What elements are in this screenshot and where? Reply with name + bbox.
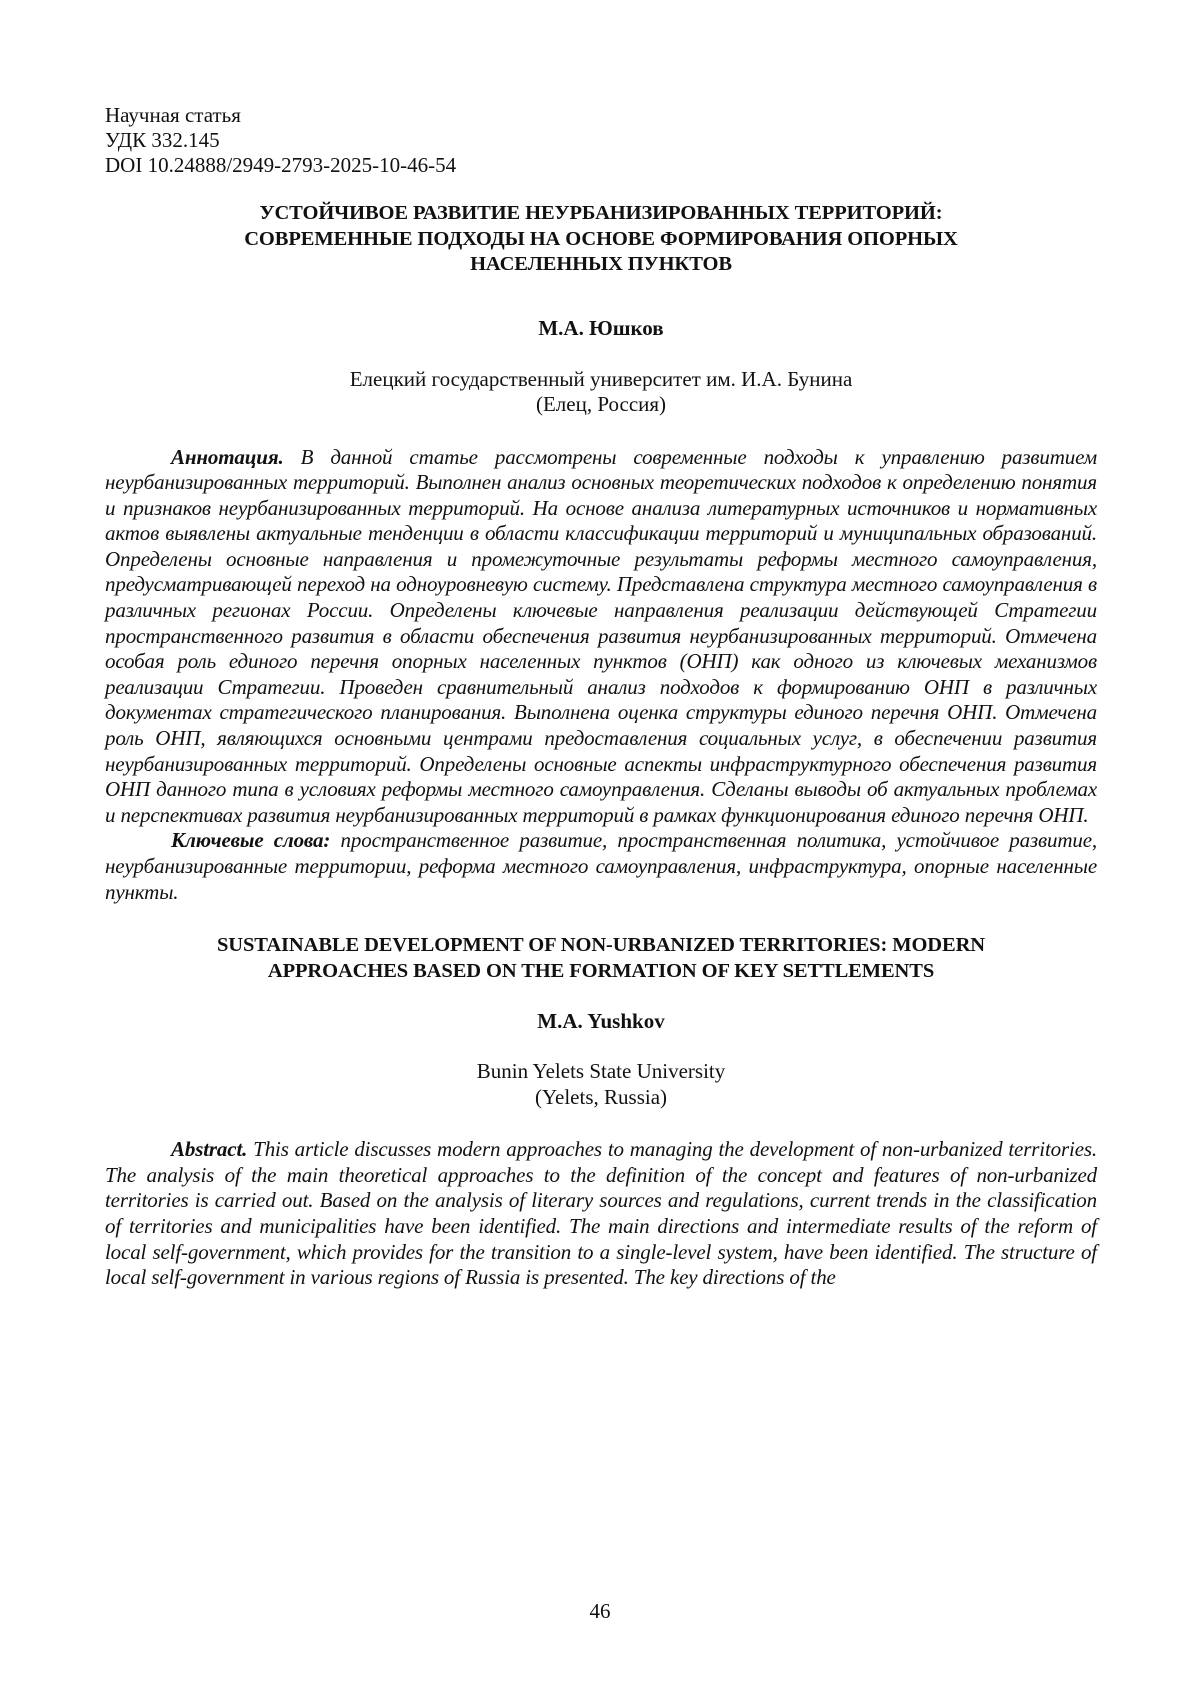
location-russian: (Елец, Россия) [105, 392, 1097, 418]
abstract-text-russian: В данной статье рассмотрены современные … [105, 445, 1097, 827]
doi: DOI 10.24888/2949-2793-2025-10-46-54 [105, 153, 1097, 178]
location-english: (Yelets, Russia) [105, 1085, 1097, 1111]
title-english: SUSTAINABLE DEVELOPMENT OF NON-URBANIZED… [105, 933, 1097, 984]
title-line: СОВРЕМЕННЫЕ ПОДХОДЫ НА ОСНОВЕ ФОРМИРОВАН… [105, 227, 1097, 253]
author-english: M.A. Yushkov [105, 1009, 1097, 1034]
article-page: Научная статья УДК 332.145 DOI 10.24888/… [105, 103, 1097, 1291]
title-russian: УСТОЙЧИВОЕ РАЗВИТИЕ НЕУРБАНИЗИРОВАННЫХ Т… [105, 201, 1097, 278]
affiliation-russian: Елецкий государственный университет им. … [105, 367, 1097, 393]
keywords-label-russian: Ключевые слова: [171, 828, 330, 852]
title-line: НАСЕЛЕННЫХ ПУНКТОВ [105, 252, 1097, 278]
abstract-english: Abstract. This article discusses modern … [105, 1137, 1097, 1291]
page-number: 46 [0, 1599, 1200, 1624]
affiliation-english: Bunin Yelets State University [105, 1059, 1097, 1085]
article-type: Научная статья [105, 103, 1097, 128]
abstract-text-english: This article discusses modern approaches… [105, 1137, 1097, 1289]
author-russian: М.А. Юшков [105, 316, 1097, 341]
title-line: УСТОЙЧИВОЕ РАЗВИТИЕ НЕУРБАНИЗИРОВАННЫХ Т… [105, 201, 1097, 227]
title-line: APPROACHES BASED ON THE FORMATION OF KEY… [105, 959, 1097, 985]
title-line: SUSTAINABLE DEVELOPMENT OF NON-URBANIZED… [105, 933, 1097, 959]
keywords-russian: Ключевые слова: пространственное развити… [105, 828, 1097, 905]
abstract-label-english: Abstract. [171, 1137, 247, 1161]
udc-code: УДК 332.145 [105, 128, 1097, 153]
abstract-label-russian: Аннотация. [171, 445, 284, 469]
abstract-russian: Аннотация. В данной статье рассмотрены с… [105, 445, 1097, 829]
